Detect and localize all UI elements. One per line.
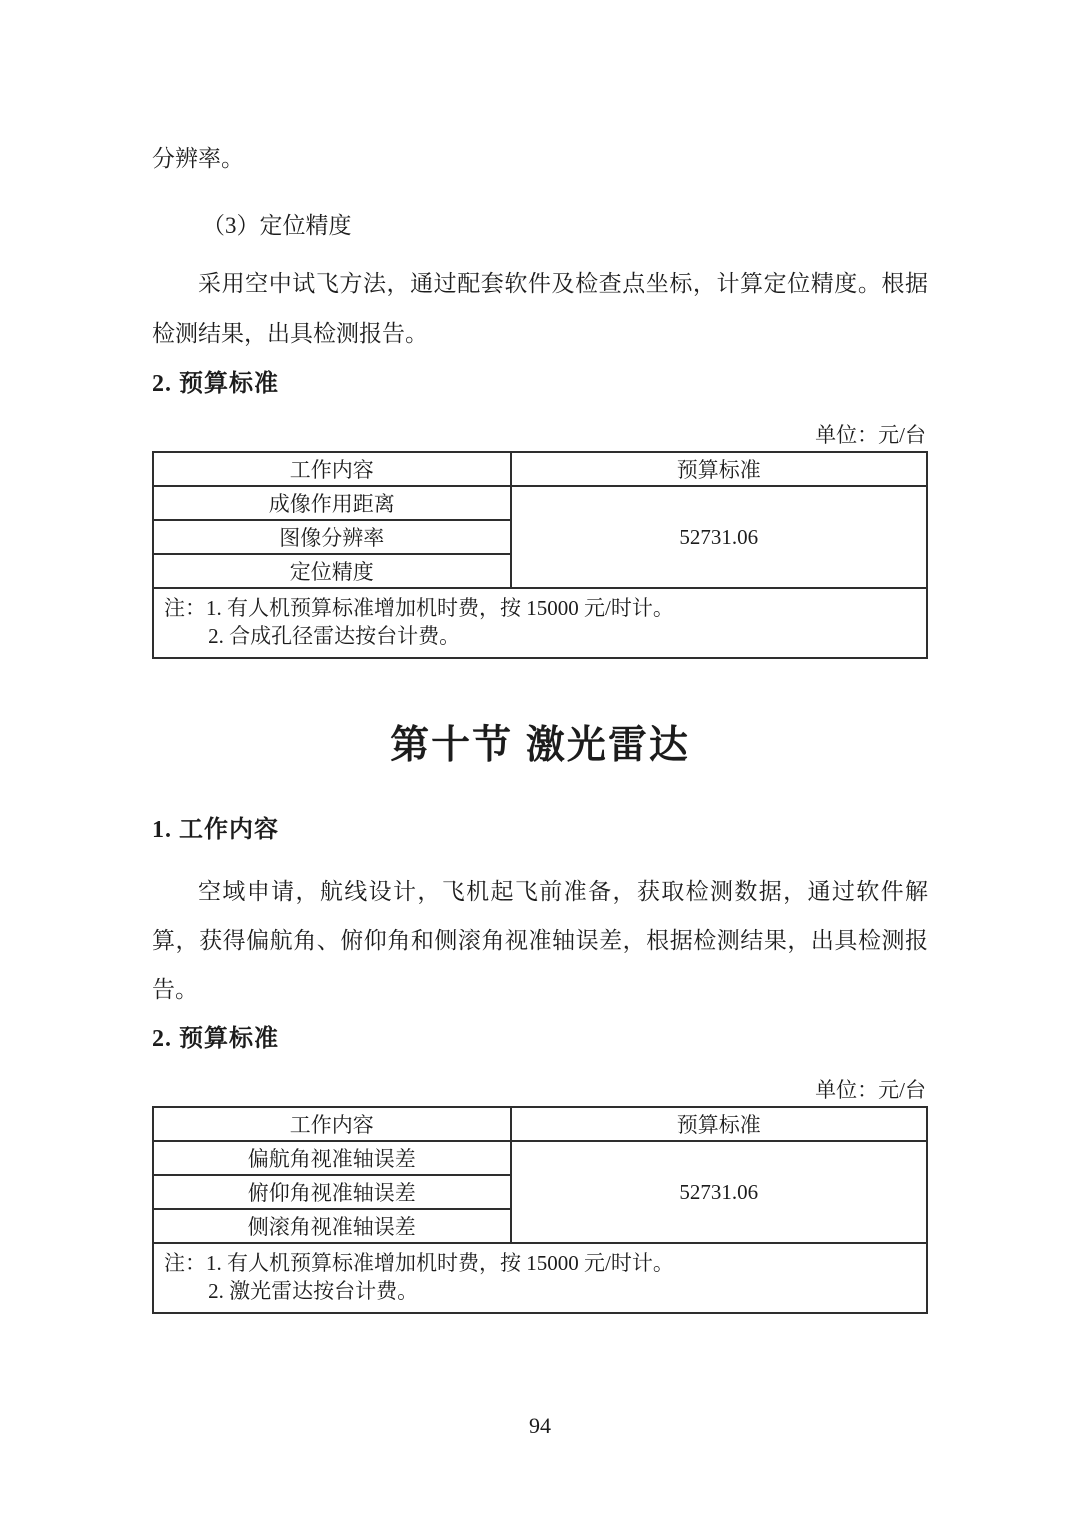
section-title-lidar: 第十节 激光雷达 <box>152 723 928 769</box>
heading-budget-standard-prev: 2. 预算标准 <box>152 369 928 399</box>
table-note-row: 注：1. 有人机预算标准增加机时费，按 15000 元/时计。 2. 合成孔径雷… <box>153 588 927 658</box>
table-note-cell: 注：1. 有人机预算标准增加机时费，按 15000 元/时计。 2. 激光雷达按… <box>153 1243 927 1313</box>
table-cell-work-item: 图像分辨率 <box>153 520 511 554</box>
table-header-budget-standard: 预算标准 <box>511 452 927 486</box>
paragraph-tail-line: 分辨率。 <box>152 143 928 175</box>
table-cell-budget-value: 52731.06 <box>511 1141 927 1243</box>
document-page: 分辨率。 （3）定位精度 采用空中试飞方法，通过配套软件及检查点坐标，计算定位精… <box>0 0 1080 1527</box>
table-cell-work-item: 偏航角视准轴误差 <box>153 1141 511 1175</box>
budget-table-sar: 工作内容 预算标准 成像作用距离 52731.06 图像分辨率 定位精度 注：1… <box>152 451 928 659</box>
heading-work-content: 1. 工作内容 <box>152 815 928 845</box>
note-line: 注：1. 有人机预算标准增加机时费，按 15000 元/时计。 <box>164 594 916 622</box>
table-cell-work-item: 定位精度 <box>153 554 511 588</box>
page-number: 94 <box>0 1413 1080 1439</box>
table-cell-budget-value: 52731.06 <box>511 486 927 588</box>
paragraph-lidar-work: 空域申请，航线设计，飞机起飞前准备，获取检测数据，通过软件解算，获得偏航角、俯仰… <box>152 867 928 1014</box>
unit-label-prev: 单位：元/台 <box>152 423 928 447</box>
note-line: 2. 合成孔径雷达按台计费。 <box>164 622 916 650</box>
budget-table-lidar: 工作内容 预算标准 偏航角视准轴误差 52731.06 俯仰角视准轴误差 侧滚角… <box>152 1106 928 1314</box>
paragraph-positioning-method: 采用空中试飞方法，通过配套软件及检查点坐标，计算定位精度。根据检测结果，出具检测… <box>152 259 928 359</box>
table-row: 偏航角视准轴误差 52731.06 <box>153 1141 927 1175</box>
note-line: 注：1. 有人机预算标准增加机时费，按 15000 元/时计。 <box>164 1249 916 1277</box>
table-note-cell: 注：1. 有人机预算标准增加机时费，按 15000 元/时计。 2. 合成孔径雷… <box>153 588 927 658</box>
subitem-heading-positioning-accuracy: （3）定位精度 <box>152 210 928 242</box>
unit-label-lidar: 单位：元/台 <box>152 1078 928 1102</box>
table-cell-work-item: 俯仰角视准轴误差 <box>153 1175 511 1209</box>
table-header-budget-standard: 预算标准 <box>511 1107 927 1141</box>
heading-budget-standard-lidar: 2. 预算标准 <box>152 1024 928 1054</box>
table-header-work-content: 工作内容 <box>153 452 511 486</box>
table-cell-work-item: 侧滚角视准轴误差 <box>153 1209 511 1243</box>
table-row: 成像作用距离 52731.06 <box>153 486 927 520</box>
table-header-row: 工作内容 预算标准 <box>153 1107 927 1141</box>
table-header-work-content: 工作内容 <box>153 1107 511 1141</box>
table-header-row: 工作内容 预算标准 <box>153 452 927 486</box>
table-cell-work-item: 成像作用距离 <box>153 486 511 520</box>
table-note-row: 注：1. 有人机预算标准增加机时费，按 15000 元/时计。 2. 激光雷达按… <box>153 1243 927 1313</box>
note-line: 2. 激光雷达按台计费。 <box>164 1277 916 1305</box>
